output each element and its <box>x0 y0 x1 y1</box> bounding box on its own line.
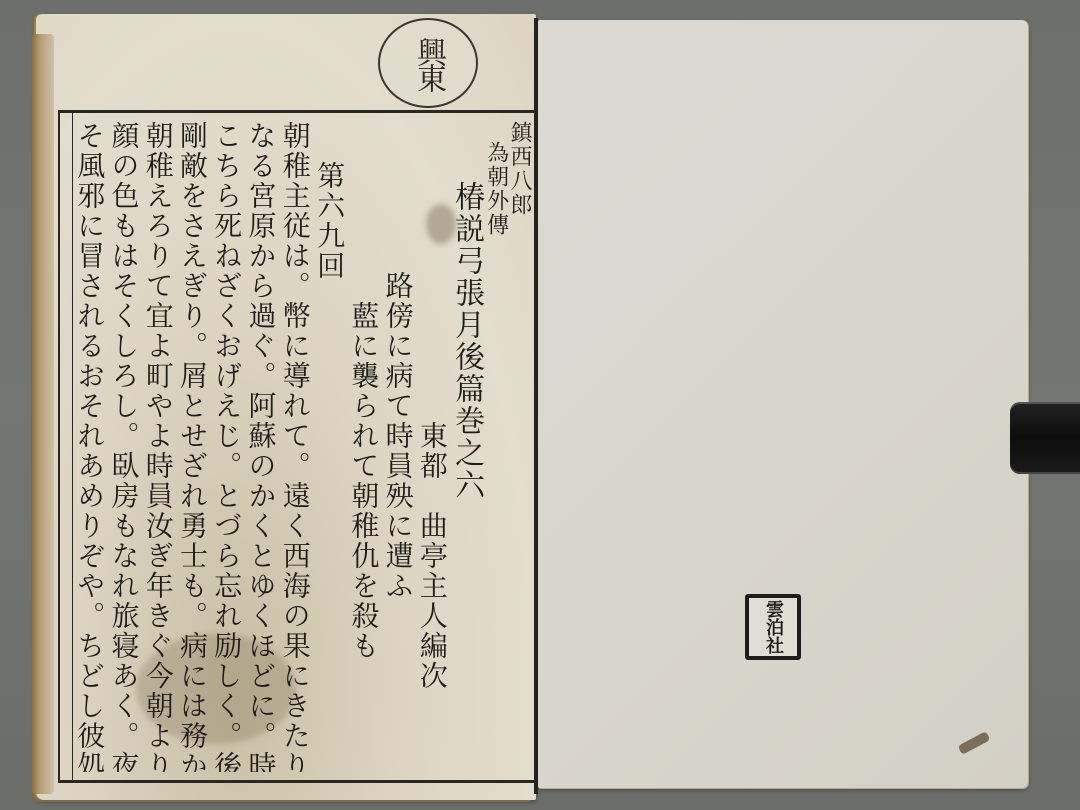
right-page <box>538 20 1028 788</box>
black-clip <box>1010 402 1080 474</box>
column-8: 顔の色もはそくしろし。臥房もなれ旅寝あく。夜の <box>108 121 142 772</box>
column-4: なる宮原から過ぐ。阿蘇のかくとゆくほどに。時員驟に心痛しく。 <box>245 121 279 772</box>
column-1: 路傍に病て時員殃に遭ふ <box>382 271 416 772</box>
margin-column <box>60 113 73 780</box>
left-page: 興東 鎮西八郎 為朝外傳 椿説弓張月後篇巻之六 東都 曲亭主人編次 路傍に病て時… <box>36 14 536 800</box>
author-line: 東都 曲亭主人編次 <box>417 421 451 772</box>
column-5: こちら死ねざくおげえじ。とづら忘れ励しく。後見じと歩むるも千との <box>211 121 245 772</box>
header-line-2: 為朝外傳 <box>485 141 508 772</box>
main-text: 鎮西八郎 為朝外傳 椿説弓張月後篇巻之六 東都 曲亭主人編次 路傍に病て時員殃に… <box>74 121 532 772</box>
open-book: 興東 鎮西八郎 為朝外傳 椿説弓張月後篇巻之六 東都 曲亭主人編次 路傍に病て時… <box>0 0 1080 810</box>
column-9: そ風邪に冒されるおそれあめりぞや。ちどし彼処の樹の下に憩へ <box>74 121 108 772</box>
ownership-seal: 興東 <box>378 18 478 108</box>
text-frame: 鎮西八郎 為朝外傳 椿説弓張月後篇巻之六 東都 曲亭主人編次 路傍に病て時員殃に… <box>58 110 538 783</box>
book-title: 椿説弓張月後篇巻之六 <box>451 181 485 772</box>
header-line-1: 鎮西八郎 <box>509 121 532 772</box>
column-7: 朝稚えろりて宜よ町やよ時員汝ぎ年きぐ今朝より輙しく <box>142 121 176 772</box>
chapter-number: 第六九回 <box>314 161 348 772</box>
column-6: 剛敵をさえぎり。屑とせざれ勇士も。病には務かくて動ずれへ後る。 <box>177 121 211 772</box>
column-2: 藍に襲られて朝稚仇を殺も <box>348 301 382 772</box>
page-edge-stack <box>32 34 54 794</box>
collector-seal: 雲泊社 <box>745 594 801 660</box>
column-3: 朝稚主従は。幣に導れて。遠く西海の果にきたり。豊後と肥後の堺 <box>280 121 314 772</box>
